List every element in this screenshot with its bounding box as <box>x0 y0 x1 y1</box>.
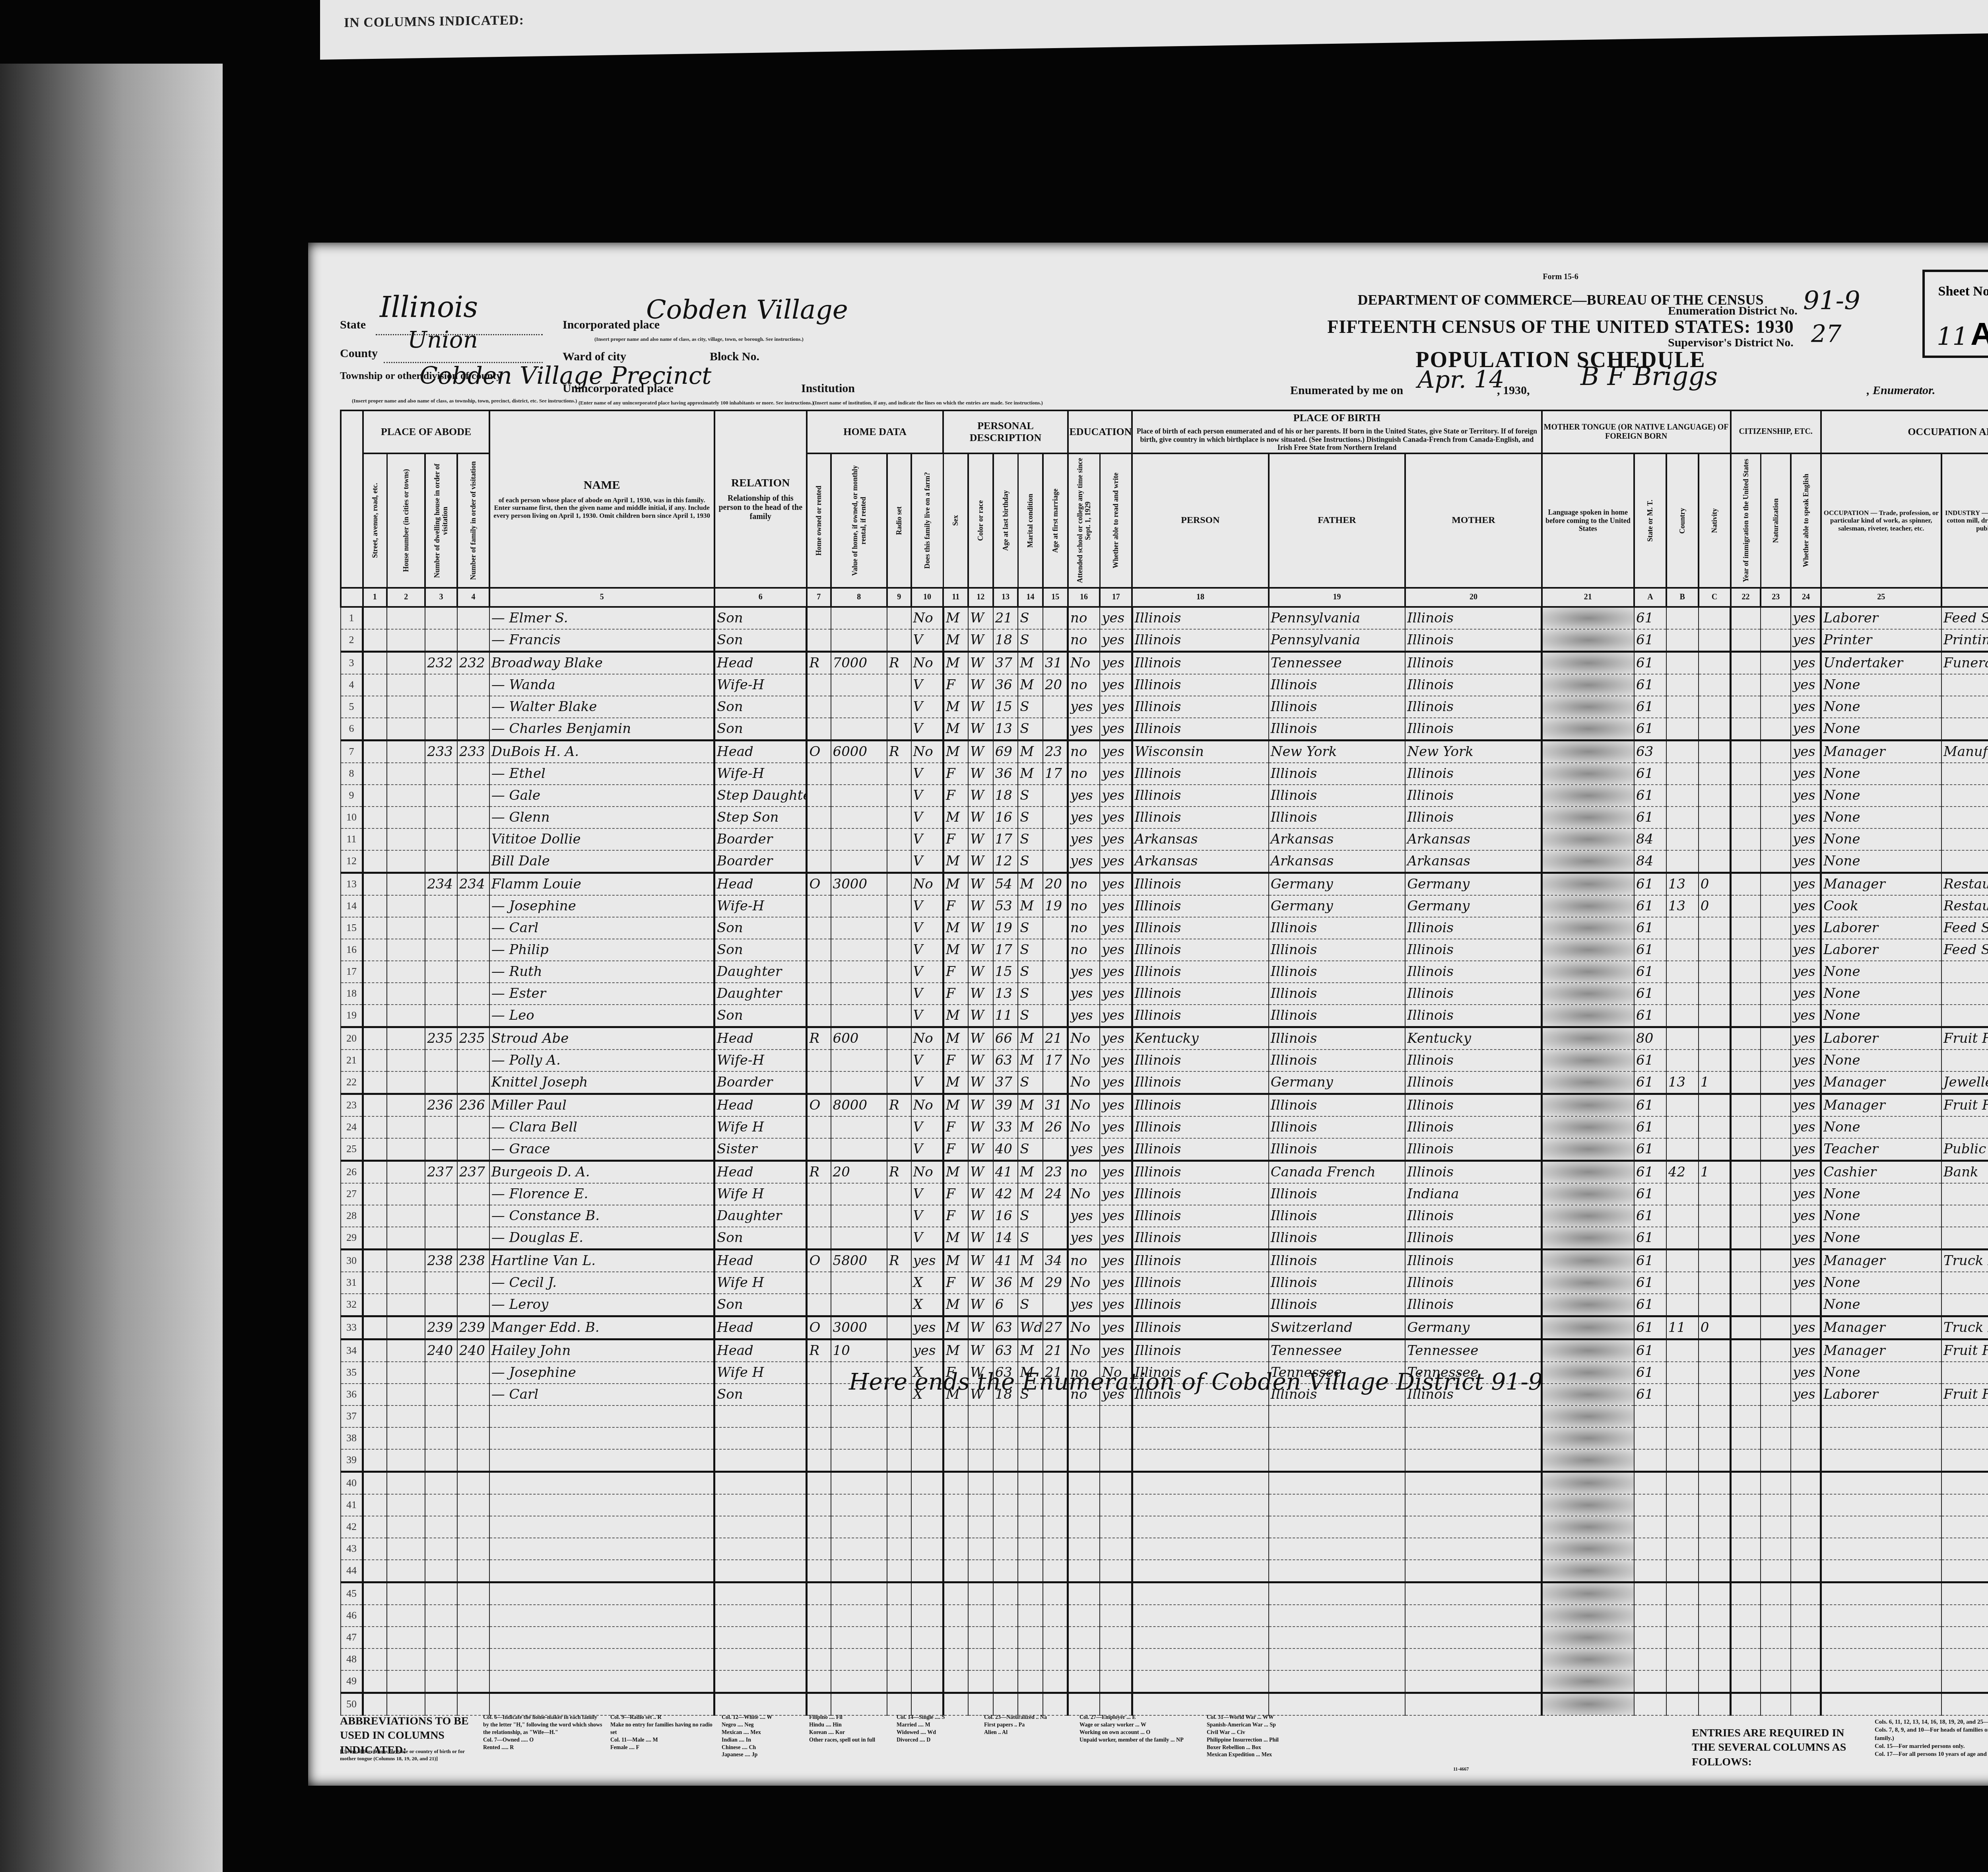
incorporated-hint: (Insert proper name and also name of cla… <box>594 336 804 342</box>
colnum: 2 <box>387 588 425 607</box>
race-cell: W <box>968 961 993 983</box>
code-country-cell <box>1666 651 1699 674</box>
industry-cell <box>1941 1516 1988 1538</box>
personal-description-header: PERSONAL DESCRIPTION <box>943 410 1068 453</box>
radio-set-cell <box>887 763 911 785</box>
naturalization-cell <box>1761 674 1791 696</box>
house-number-cell <box>387 674 425 696</box>
relation-cell: Boarder <box>714 828 807 850</box>
naturalization-cell <box>1761 1427 1791 1449</box>
attended-school-cell: yes <box>1068 1205 1100 1227</box>
line-number-cell: 43 <box>341 1538 363 1560</box>
radio-set-cell <box>887 1227 911 1250</box>
sex-cell <box>943 1516 968 1538</box>
institution-hint: (Insert name of institution, if any, and… <box>813 400 1043 406</box>
race-cell: W <box>968 1050 993 1071</box>
family-number-cell <box>457 1405 489 1427</box>
speaks-english-cell: yes <box>1791 1005 1821 1027</box>
birthplace-person-cell: Kentucky <box>1132 1027 1268 1050</box>
birthplace-person-cell: Illinois <box>1132 1249 1268 1272</box>
street-cell <box>363 1582 387 1605</box>
birthplace-mother-cell <box>1405 1538 1542 1560</box>
street-cell <box>363 785 387 807</box>
naturalization-cell <box>1761 983 1791 1005</box>
table-row: 48 <box>341 1648 1988 1670</box>
attended-school-cell: yes <box>1068 1138 1100 1161</box>
table-row: 2— FrancisSonVMW18SnoyesIllinoisPennsylv… <box>341 629 1988 652</box>
sex-cell <box>943 1494 968 1516</box>
sex-cell <box>943 1560 968 1582</box>
industry-cell <box>1941 1627 1988 1648</box>
birthplace-person-cell <box>1132 1605 1268 1627</box>
code-nativity-cell <box>1699 1538 1731 1560</box>
age-cell <box>993 1582 1018 1605</box>
sex-cell: F <box>943 983 968 1005</box>
sex-cell: M <box>943 607 968 629</box>
code-country-cell <box>1666 1027 1699 1050</box>
block-label: Block No. <box>710 350 759 364</box>
sex-cell: F <box>943 1272 968 1294</box>
marital-status-cell: M <box>1018 674 1043 696</box>
naturalization-cell <box>1761 1516 1791 1538</box>
age-first-marriage-cell: 27 <box>1043 1316 1068 1339</box>
naturalization-cell <box>1761 1472 1791 1494</box>
industry-cell <box>1941 1494 1988 1516</box>
age-cell: 19 <box>993 917 1018 939</box>
birthplace-father-cell: Pennsylvania <box>1269 629 1405 652</box>
read-write-cell <box>1100 1648 1132 1670</box>
family-number-cell <box>457 1362 489 1384</box>
industry-cell <box>1941 1670 1988 1693</box>
abbrev-col27: Col. 27—Employer ... E Wage or salary wo… <box>1079 1714 1199 1744</box>
occupation-cell: Laborer <box>1821 939 1941 961</box>
family-number-cell: 236 <box>457 1094 489 1116</box>
dwelling-number-cell: 240 <box>425 1339 457 1362</box>
line-number-cell: 47 <box>341 1627 363 1648</box>
col-14-header: Marital condition <box>1018 453 1043 588</box>
race-cell: W <box>968 1205 993 1227</box>
family-number-cell <box>457 917 489 939</box>
table-row: 18— EsterDaughterVFW13SyesyesIllinoisIll… <box>341 983 1988 1005</box>
place-of-abode-header: PLACE OF ABODE <box>363 410 489 453</box>
line-number-cell: 20 <box>341 1027 363 1050</box>
person-name-cell: Broadway Blake <box>489 651 714 674</box>
race-cell: W <box>968 983 993 1005</box>
code-country-cell <box>1666 1472 1699 1494</box>
speaks-english-cell <box>1791 1538 1821 1560</box>
mother-tongue-cell <box>1542 1582 1634 1605</box>
home-owned-cell <box>807 828 831 850</box>
naturalization-cell <box>1761 1362 1791 1384</box>
sheet-number-label: Sheet No. <box>1925 284 1988 299</box>
code-country-cell <box>1666 961 1699 983</box>
home-value-cell: 20 <box>831 1161 887 1183</box>
read-write-cell <box>1100 1627 1132 1648</box>
home-owned-cell: O <box>807 1316 831 1339</box>
industry-cell: Feed Store <box>1941 607 1988 629</box>
attended-school-cell: No <box>1068 1116 1100 1138</box>
relation-cell: Boarder <box>714 1071 807 1094</box>
relation-cell: Head <box>714 873 807 895</box>
street-cell <box>363 1249 387 1272</box>
table-row: 4— WandaWife-HVFW36M20noyesIllinoisIllin… <box>341 674 1988 696</box>
street-cell <box>363 1494 387 1516</box>
farm-residence-cell <box>911 1560 944 1582</box>
read-write-cell: yes <box>1100 674 1132 696</box>
relation-cell: Head <box>714 1161 807 1183</box>
birthplace-person-cell: Illinois <box>1132 895 1268 917</box>
read-write-cell <box>1100 1670 1132 1693</box>
home-value-cell <box>831 674 887 696</box>
birthplace-father-cell: Illinois <box>1269 1183 1405 1205</box>
birthplace-father-cell: Arkansas <box>1269 850 1405 873</box>
colnum: 3 <box>425 588 457 607</box>
street-cell <box>363 983 387 1005</box>
marital-status-cell <box>1018 1582 1043 1605</box>
race-cell: W <box>968 1183 993 1205</box>
occupation-cell: Teacher <box>1821 1138 1941 1161</box>
speaks-english-cell: yes <box>1791 1339 1821 1362</box>
naturalization-cell <box>1761 1449 1791 1472</box>
occupation-cell <box>1821 1648 1941 1670</box>
person-name-cell <box>489 1538 714 1560</box>
birthplace-person-cell: Illinois <box>1132 607 1268 629</box>
race-cell: W <box>968 1316 993 1339</box>
code-nativity-cell <box>1699 917 1731 939</box>
immigration-year-cell <box>1731 1027 1761 1050</box>
person-name-cell: — Constance B. <box>489 1205 714 1227</box>
street-cell <box>363 1472 387 1494</box>
code-nativity-cell <box>1699 1339 1731 1362</box>
sex-cell: M <box>943 740 968 763</box>
age-first-marriage-cell <box>1043 1670 1068 1693</box>
farm-residence-cell: X <box>911 1272 944 1294</box>
line-number-cell: 4 <box>341 674 363 696</box>
home-value-cell <box>831 850 887 873</box>
age-first-marriage-cell <box>1043 1472 1068 1494</box>
birthplace-person-cell <box>1132 1538 1268 1560</box>
radio-set-cell <box>887 850 911 873</box>
naturalization-cell <box>1761 850 1791 873</box>
naturalization-cell <box>1761 807 1791 828</box>
name-header-desc: of each person whose place of abode on A… <box>491 496 713 520</box>
birthplace-person-cell <box>1132 1627 1268 1648</box>
age-first-marriage-cell <box>1043 1227 1068 1250</box>
immigration-year-cell <box>1731 1161 1761 1183</box>
speaks-english-cell: yes <box>1791 1316 1821 1339</box>
farm-residence-cell <box>911 1670 944 1693</box>
birthplace-father-cell: Arkansas <box>1269 828 1405 850</box>
speaks-english-cell <box>1791 1494 1821 1516</box>
occupation-cell: None <box>1821 674 1941 696</box>
incorporated-value: Cobden Village <box>646 294 848 325</box>
dwelling-number-cell <box>425 718 457 741</box>
age-cell <box>993 1494 1018 1516</box>
naturalization-cell <box>1761 629 1791 652</box>
speaks-english-cell <box>1791 1648 1821 1670</box>
mother-tongue-cell <box>1542 828 1634 850</box>
table-row: 10— GlennStep SonVMW16SyesyesIllinoisIll… <box>341 807 1988 828</box>
attended-school-cell: yes <box>1068 1227 1100 1250</box>
mother-tongue-cell <box>1542 1648 1634 1670</box>
read-write-cell: yes <box>1100 1249 1132 1272</box>
abbrev-col12: Col. 12—White .... W Negro .... Neg Mexi… <box>722 1714 801 1759</box>
code-nativity-cell <box>1699 1648 1731 1670</box>
occupation-cell: Undertaker <box>1821 651 1941 674</box>
dwelling-number-cell <box>425 629 457 652</box>
house-number-cell <box>387 1272 425 1294</box>
mother-tongue-cell <box>1542 1249 1634 1272</box>
sex-cell: F <box>943 1183 968 1205</box>
house-number-cell <box>387 828 425 850</box>
immigration-year-cell <box>1731 1449 1761 1472</box>
farm-residence-cell: No <box>911 1027 944 1050</box>
house-number-cell <box>387 1005 425 1027</box>
read-write-cell: yes <box>1100 1227 1132 1250</box>
birthplace-person-cell: Illinois <box>1132 785 1268 807</box>
home-value-cell <box>831 828 887 850</box>
birthplace-father-cell <box>1269 1516 1405 1538</box>
speaks-english-cell: yes <box>1791 1027 1821 1050</box>
age-cell <box>993 1516 1018 1538</box>
occupation-cell: None <box>1821 828 1941 850</box>
code-country-cell <box>1666 1272 1699 1294</box>
marital-status-cell: S <box>1018 807 1043 828</box>
table-row: 32— LeroySonXMW6SyesyesIllinoisIllinoisI… <box>341 1294 1988 1316</box>
street-cell <box>363 895 387 917</box>
dwelling-number-cell: 236 <box>425 1094 457 1116</box>
immigration-year-cell <box>1731 1116 1761 1138</box>
table-row: 37 <box>341 1405 1988 1427</box>
age-cell: 12 <box>993 850 1018 873</box>
col-A-header: State or M. T. <box>1634 453 1666 588</box>
abbrev-col31: Col. 31—World War ... WW Spanish-America… <box>1207 1714 1334 1759</box>
col-22-header: Year of immigration to the United States <box>1731 453 1761 588</box>
code-country-cell <box>1666 607 1699 629</box>
code-state-cell: 61 <box>1634 1116 1666 1138</box>
read-write-cell: yes <box>1100 1116 1132 1138</box>
age-first-marriage-cell <box>1043 1449 1068 1472</box>
birthplace-father-cell: Illinois <box>1269 1205 1405 1227</box>
family-number-cell: 237 <box>457 1161 489 1183</box>
house-number-cell <box>387 1116 425 1138</box>
speaks-english-cell: yes <box>1791 696 1821 718</box>
table-row: 38 <box>341 1427 1988 1449</box>
relation-cell: Wife H <box>714 1362 807 1384</box>
industry-cell <box>1941 1227 1988 1250</box>
code-state-cell: 61 <box>1634 674 1666 696</box>
sex-cell <box>943 1472 968 1494</box>
age-cell: 6 <box>993 1294 1018 1316</box>
house-number-cell <box>387 1516 425 1538</box>
code-state-cell: 61 <box>1634 1249 1666 1272</box>
race-cell <box>968 1582 993 1605</box>
home-owned-cell: R <box>807 651 831 674</box>
read-write-cell: yes <box>1100 1138 1132 1161</box>
code-nativity-cell <box>1699 1449 1731 1472</box>
relation-cell: Wife-H <box>714 1050 807 1071</box>
naturalization-cell <box>1761 1138 1791 1161</box>
street-cell <box>363 939 387 961</box>
home-owned-cell <box>807 1449 831 1472</box>
occupation-cell: None <box>1821 807 1941 828</box>
house-number-cell <box>387 1627 425 1648</box>
abbrev-col6: Col. 6—Indicate the home-maker in each f… <box>483 1714 602 1751</box>
dwelling-number-cell <box>425 1427 457 1449</box>
birthplace-mother-cell <box>1405 1582 1542 1605</box>
birthplace-father-cell: Illinois <box>1269 1272 1405 1294</box>
colnum: 11 <box>943 588 968 607</box>
line-number-cell: 6 <box>341 718 363 741</box>
birthplace-father-cell <box>1269 1449 1405 1472</box>
birthplace-person-cell: Illinois <box>1132 961 1268 983</box>
sex-cell: F <box>943 763 968 785</box>
dwelling-number-cell <box>425 1138 457 1161</box>
form-number: Form 15-6 <box>1242 272 1879 282</box>
person-name-cell: Knittel Joseph <box>489 1071 714 1094</box>
family-number-cell <box>457 961 489 983</box>
colnum: 6 <box>714 588 807 607</box>
code-nativity-cell: 0 <box>1699 1316 1731 1339</box>
farm-residence-cell <box>911 1516 944 1538</box>
dwelling-number-cell <box>425 1294 457 1316</box>
code-nativity-cell <box>1699 807 1731 828</box>
mother-tongue-cell <box>1542 629 1634 652</box>
home-value-cell: 7000 <box>831 651 887 674</box>
birthplace-father-cell: Illinois <box>1269 1249 1405 1272</box>
code-state-cell <box>1634 1582 1666 1605</box>
sheet-side: A <box>1971 316 1988 352</box>
family-number-cell: 239 <box>457 1316 489 1339</box>
code-state-cell <box>1634 1472 1666 1494</box>
sex-cell: M <box>943 1027 968 1050</box>
family-number-cell <box>457 1605 489 1627</box>
immigration-year-cell <box>1731 1605 1761 1627</box>
naturalization-cell <box>1761 1384 1791 1405</box>
birthplace-father-cell <box>1269 1427 1405 1449</box>
code-state-cell: 61 <box>1634 1138 1666 1161</box>
race-cell: W <box>968 850 993 873</box>
birthplace-father-cell: Illinois <box>1269 983 1405 1005</box>
code-nativity-cell <box>1699 1249 1731 1272</box>
radio-set-cell <box>887 1005 911 1027</box>
race-cell: W <box>968 740 993 763</box>
occupation-cell <box>1821 1516 1941 1538</box>
relation-cell: Wife-H <box>714 895 807 917</box>
radio-set-cell <box>887 895 911 917</box>
birthplace-person-cell: Illinois <box>1132 1071 1268 1094</box>
naturalization-cell <box>1761 1094 1791 1116</box>
birthplace-person-cell <box>1132 1405 1268 1427</box>
naturalization-cell <box>1761 1272 1791 1294</box>
birthplace-person-cell: Illinois <box>1132 696 1268 718</box>
naturalization-cell <box>1761 1161 1791 1183</box>
person-name-cell: Hailey John <box>489 1339 714 1362</box>
age-cell: 37 <box>993 1071 1018 1094</box>
house-number-cell <box>387 917 425 939</box>
person-name-cell: Burgeois D. A. <box>489 1161 714 1183</box>
home-value-cell <box>831 895 887 917</box>
left-page-margin <box>0 64 223 1872</box>
age-first-marriage-cell: 23 <box>1043 1161 1068 1183</box>
birthplace-person-cell: Illinois <box>1132 873 1268 895</box>
home-value-cell: 3000 <box>831 873 887 895</box>
occupation-cell: None <box>1821 785 1941 807</box>
immigration-year-cell <box>1731 1362 1761 1384</box>
radio-set-cell <box>887 1272 911 1294</box>
house-number-cell <box>387 1294 425 1316</box>
race-cell <box>968 1560 993 1582</box>
street-cell <box>363 961 387 983</box>
industry-cell: Fruit Farm <box>1941 1027 1988 1050</box>
birthplace-mother-cell: Illinois <box>1405 651 1542 674</box>
marital-status-cell: M <box>1018 1272 1043 1294</box>
occupation-cell: Manager <box>1821 1339 1941 1362</box>
birthplace-person-cell: Illinois <box>1132 651 1268 674</box>
birthplace-mother-cell: Illinois <box>1405 1205 1542 1227</box>
table-row: 42 <box>341 1516 1988 1538</box>
birthplace-person-cell: Illinois <box>1132 1227 1268 1250</box>
code-country-cell: 13 <box>1666 873 1699 895</box>
industry-cell <box>1941 1272 1988 1294</box>
code-nativity-cell <box>1699 740 1731 763</box>
line-number-cell: 23 <box>341 1094 363 1116</box>
age-first-marriage-cell: 26 <box>1043 1116 1068 1138</box>
house-number-cell <box>387 1249 425 1272</box>
code-state-cell: 61 <box>1634 629 1666 652</box>
home-owned-cell <box>807 1648 831 1670</box>
birthplace-mother-cell: Illinois <box>1405 607 1542 629</box>
relation-cell <box>714 1427 807 1449</box>
line-number-cell: 5 <box>341 696 363 718</box>
farm-residence-cell: V <box>911 939 944 961</box>
family-number-cell <box>457 607 489 629</box>
code-nativity-cell <box>1699 1005 1731 1027</box>
abbrev-col14: Col. 14—Single .... S Married .... M Wid… <box>897 1714 976 1744</box>
code-country-cell <box>1666 1294 1699 1316</box>
street-cell <box>363 696 387 718</box>
family-number-cell <box>457 1050 489 1071</box>
industry-cell <box>1941 1050 1988 1071</box>
occupation-cell: None <box>1821 696 1941 718</box>
supervisor-district-value: 27 <box>1811 320 1841 348</box>
naturalization-cell <box>1761 1205 1791 1227</box>
code-country-cell: 13 <box>1666 895 1699 917</box>
speaks-english-cell: yes <box>1791 1227 1821 1250</box>
birthplace-father-cell <box>1269 1538 1405 1560</box>
line-number-cell: 16 <box>341 939 363 961</box>
sex-cell <box>943 1648 968 1670</box>
family-number-cell <box>457 1516 489 1538</box>
birthplace-father-cell: Switzerland <box>1269 1316 1405 1339</box>
table-row: 31— Cecil J.Wife HXFW36M29NoyesIllinoisI… <box>341 1272 1988 1294</box>
age-first-marriage-cell <box>1043 1138 1068 1161</box>
birthplace-mother-cell <box>1405 1405 1542 1427</box>
marital-status-cell: S <box>1018 983 1043 1005</box>
line-number-cell: 8 <box>341 763 363 785</box>
enumeration-district-label: Enumeration District No. <box>1668 304 1798 318</box>
house-number-cell <box>387 1138 425 1161</box>
age-cell: 63 <box>993 1316 1018 1339</box>
person-name-cell <box>489 1405 714 1427</box>
speaks-english-cell <box>1791 1560 1821 1582</box>
attended-school-cell <box>1068 1427 1100 1449</box>
code-state-cell <box>1634 1449 1666 1472</box>
occupation-cell <box>1821 1605 1941 1627</box>
industry-cell <box>1941 785 1988 807</box>
sex-cell: F <box>943 1116 968 1138</box>
marital-status-cell <box>1018 1627 1043 1648</box>
